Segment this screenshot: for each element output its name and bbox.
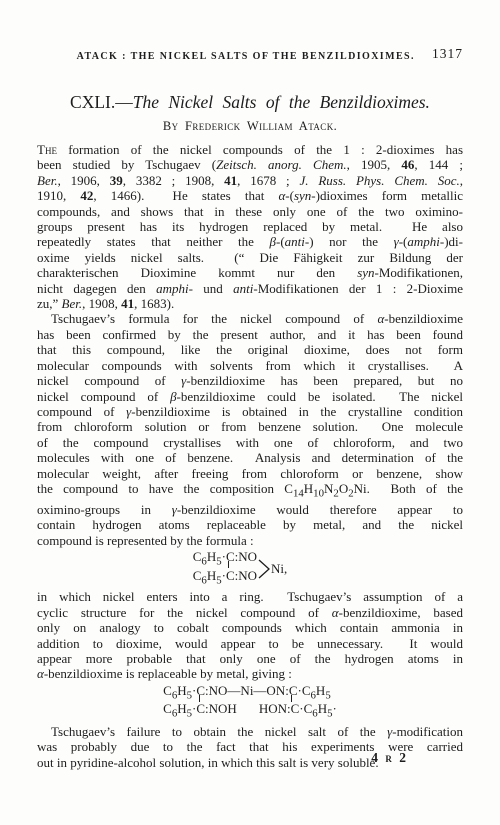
formula-ring-row-2: C6H5·C:NO xyxy=(193,569,257,588)
text-line: charakterischen Dioximine kommt nur den … xyxy=(37,265,463,280)
formula-ring-row-1: C6H5·C:NO xyxy=(193,550,257,569)
chemical-formula-chain: C6H5·C:NO—Ni—ON:C·C6H5 C6H5·C:NOHHON:C·C… xyxy=(163,684,337,721)
text-line: zu,” Ber., 1908, 41, 1683). xyxy=(37,296,463,311)
scanned-journal-page: ATACK : THE NICKEL SALTS OF THE BENZILDI… xyxy=(0,0,500,825)
text-line: molecules with one of benzene. Analysis … xyxy=(37,450,463,465)
article-title-text: The Nickel Salts of the Benzildioximes. xyxy=(133,92,430,112)
text-line: from chloroform solution or from benzene… xyxy=(37,419,463,434)
text-line: nickel compound of β-benzildioxime could… xyxy=(37,389,463,404)
text-line: repeatedly states that neither the β-(an… xyxy=(37,234,463,249)
article-number: CXLI.— xyxy=(70,92,133,112)
text-line: α-benzildioxime is replaceable by metal,… xyxy=(37,666,463,681)
text-line: contain hydrogen atoms replaceable by me… xyxy=(37,517,463,532)
paragraph-2: Tschugaev’s formula for the nickel compo… xyxy=(37,311,463,548)
running-header: ATACK : THE NICKEL SALTS OF THE BENZILDI… xyxy=(37,48,463,64)
body-column: The formation of the nickel compounds of… xyxy=(37,142,463,770)
formula-chain-row-1: C6H5·C:NO—Ni—ON:C·C6H5 xyxy=(163,684,337,703)
text-line: oxime yields nickel salts. (“ Die Fähigk… xyxy=(37,250,463,265)
text-line: molecular compounds with solvents from w… xyxy=(37,358,463,373)
text-line: compound is represented by the formula : xyxy=(37,533,463,548)
text-line: that this compound, like the original di… xyxy=(37,342,463,357)
text-line: compounds, and shows that in these only … xyxy=(37,204,463,219)
text-line: addition to dioxime, would appear to be … xyxy=(37,636,463,651)
text-line: molecular weight, after freeing from chl… xyxy=(37,466,463,481)
text-line: been studied by Tschugaev (Zeitsch. anor… xyxy=(37,157,463,172)
byline: By Frederick William Atack. xyxy=(0,119,500,134)
text-line: groups present has its hydrogen replaced… xyxy=(37,219,463,234)
text-line: compound of γ-benzildioxime is obtained … xyxy=(37,404,463,419)
text-line: oximino-groups in γ-benzildioxime would … xyxy=(37,502,463,517)
text-line: the compound to have the composition C14… xyxy=(37,481,463,502)
running-header-title: ATACK : THE NICKEL SALTS OF THE BENZILDI… xyxy=(77,51,415,62)
article-title: CXLI.—The Nickel Salts of the Benzildiox… xyxy=(0,92,500,113)
text-line: Tschugaev’s failure to obtain the nickel… xyxy=(37,724,463,739)
bond-angle-icon xyxy=(258,556,270,582)
page-number: 1317 xyxy=(432,46,463,62)
text-line: Tschugaev’s formula for the nickel compo… xyxy=(37,311,463,326)
text-line: of the compound crystallises with one of… xyxy=(37,435,463,450)
chemical-formula-ring: C6H5·C:NO C6H5·C:NO Ni, xyxy=(37,550,443,587)
text-line: cyclic structure for the nickel compound… xyxy=(37,605,463,620)
formula-chain-row-2: C6H5·C:NOHHON:C·C6H5· xyxy=(163,702,337,721)
formula-ring-rows: C6H5·C:NO C6H5·C:NO xyxy=(193,550,257,587)
text-line: has been confirmed by the present author… xyxy=(37,327,463,342)
paragraph-1: The formation of the nickel compounds of… xyxy=(37,142,463,311)
text-line: in which nickel enters into a ring. Tsch… xyxy=(37,589,463,604)
text-line: 1910, 42, 1466). He states that α-(syn-)… xyxy=(37,188,463,203)
paragraph-3: in which nickel enters into a ring. Tsch… xyxy=(37,589,463,681)
signature-mark: 4 r 2 xyxy=(371,750,406,766)
text-line: The formation of the nickel compounds of… xyxy=(37,142,463,157)
text-line: nicht dagegen den amphi- und anti-Modifi… xyxy=(37,281,463,296)
text-line: nickel compound of γ-benzildioxime has b… xyxy=(37,373,463,388)
text-line: Ber., 1906, 39, 3382 ; 1908, 41, 1678 ; … xyxy=(37,173,463,188)
text-line: only on analogy to cobalt compounds whic… xyxy=(37,620,463,635)
formula-ring-metal: Ni, xyxy=(271,562,287,576)
text-line: appear more probable that only one of th… xyxy=(37,651,463,666)
